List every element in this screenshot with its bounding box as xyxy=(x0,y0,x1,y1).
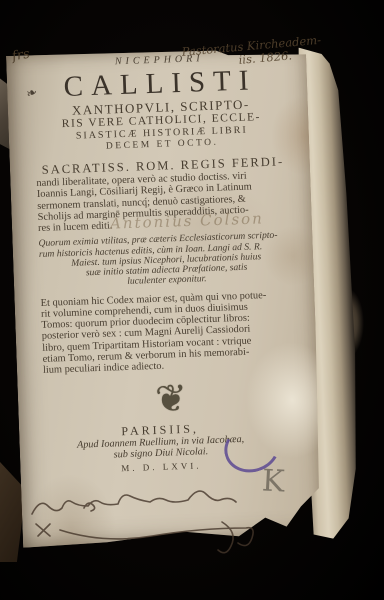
illegible-ink-scrawl xyxy=(26,484,278,556)
fleuron-ornament-icon: ❦ xyxy=(43,376,298,423)
photo-of-antique-book-title-page: ❧ NICEPHORI CALLISTI XANTHOPVLI, SCRIPTO… xyxy=(0,0,384,600)
printed-text-block: NICEPHORI CALLISTI XANTHOPVLI, SCRIPTO- … xyxy=(32,50,300,476)
handwritten-margin-mark: frs xyxy=(11,47,31,65)
